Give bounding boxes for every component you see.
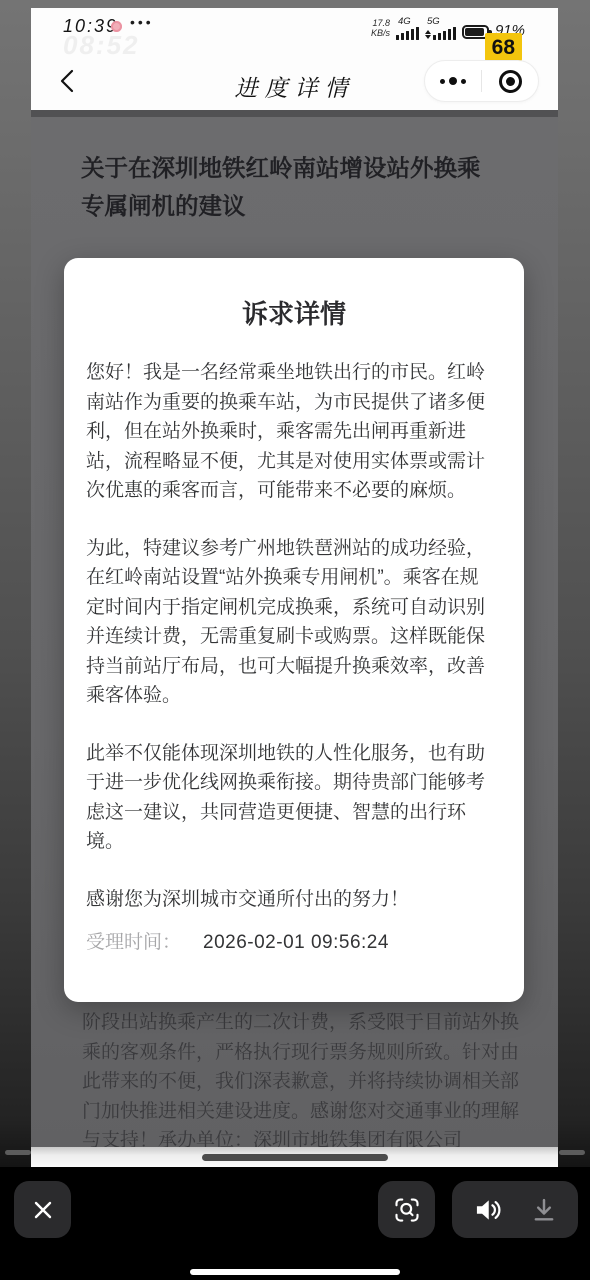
accepted-time-row: 受理时间： 2026-02-01 09:56:24 bbox=[86, 927, 502, 954]
appeal-paragraph: 为此，特建议参考广州地铁琶洲站的成功经验， 在红岭南站设置“站外换乘专用闸机”。… bbox=[86, 534, 502, 711]
network-speed-value: 17.8 bbox=[372, 18, 390, 28]
clock-text: 10:39 bbox=[63, 16, 118, 37]
progress-bar-right[interactable] bbox=[559, 1150, 585, 1155]
network-speed-indicator: 17.8 KB/s bbox=[371, 18, 390, 40]
close-viewer-button[interactable] bbox=[14, 1181, 71, 1238]
appeal-paragraph: 此举不仅能体现深圳地铁的人性化服务，也有助 于进一步优化线网换乘衔接。期待贵部门… bbox=[86, 739, 502, 857]
modal-title: 诉求详情 bbox=[86, 294, 502, 331]
progress-bar-left[interactable] bbox=[5, 1150, 31, 1155]
speaker-icon bbox=[472, 1196, 504, 1224]
network-speed-unit: KB/s bbox=[371, 28, 390, 38]
screenshot-statusbar-navbar: 08:52 10:39 ••• 17.8 KB/s 4G 5G bbox=[31, 8, 558, 110]
signal-bars-icon bbox=[433, 27, 456, 40]
suggestion-title: 关于在深圳地铁红岭南站增设站外换乘 专属闸机的建议 bbox=[81, 150, 526, 225]
ellipsis-icon bbox=[440, 77, 466, 85]
media-actions-bar bbox=[452, 1181, 578, 1238]
sim1-signal: 4G bbox=[396, 17, 419, 40]
official-reply-text: 阶段出站换乘产生的二次计费，系受限于目前站外换 乘的客观条件，严格执行现行票务规… bbox=[82, 1008, 544, 1156]
appeal-paragraph: 您好！我是一名经常乘坐地铁出行的市民。红岭 南站作为重要的换乘车站，为市民提供了… bbox=[86, 358, 502, 506]
sim2-signal: 5G bbox=[425, 17, 456, 40]
download-icon bbox=[530, 1196, 558, 1224]
target-circle-icon bbox=[499, 70, 522, 93]
appeal-details-modal: 诉求详情 您好！我是一名经常乘坐地铁出行的市民。红岭 南站作为重要的换乘车站，为… bbox=[64, 258, 524, 1002]
image-search-button[interactable] bbox=[378, 1181, 435, 1238]
image-viewer: 08:52 10:39 ••• 17.8 KB/s 4G 5G bbox=[0, 0, 590, 1280]
more-options-button bbox=[425, 61, 481, 101]
miniprogram-capsule bbox=[424, 60, 539, 102]
close-icon bbox=[31, 1198, 55, 1222]
inner-home-indicator bbox=[202, 1154, 388, 1161]
signal-bars-icon bbox=[396, 27, 419, 40]
sound-toggle-button[interactable] bbox=[472, 1196, 504, 1224]
data-updown-arrows-icon bbox=[425, 27, 431, 40]
floating-count-badge: 68 bbox=[485, 33, 522, 61]
accepted-time-value: 2026-02-01 09:56:24 bbox=[203, 932, 389, 954]
sim1-network-type: 4G bbox=[398, 17, 411, 27]
scan-search-icon bbox=[392, 1195, 422, 1225]
sim2-network-type: 5G bbox=[427, 17, 440, 27]
close-miniprogram-button bbox=[482, 61, 538, 101]
page-top-shadow bbox=[31, 110, 558, 117]
home-indicator bbox=[190, 1269, 400, 1275]
screenshot-bottom-strip bbox=[31, 1147, 558, 1167]
download-button[interactable] bbox=[530, 1196, 558, 1224]
appeal-paragraph: 感谢您为深圳城市交通所付出的努力！ bbox=[86, 885, 502, 915]
accepted-time-label: 受理时间： bbox=[86, 927, 181, 954]
notification-dots-icon: ••• bbox=[130, 14, 154, 30]
notification-flower-icon bbox=[111, 21, 122, 32]
